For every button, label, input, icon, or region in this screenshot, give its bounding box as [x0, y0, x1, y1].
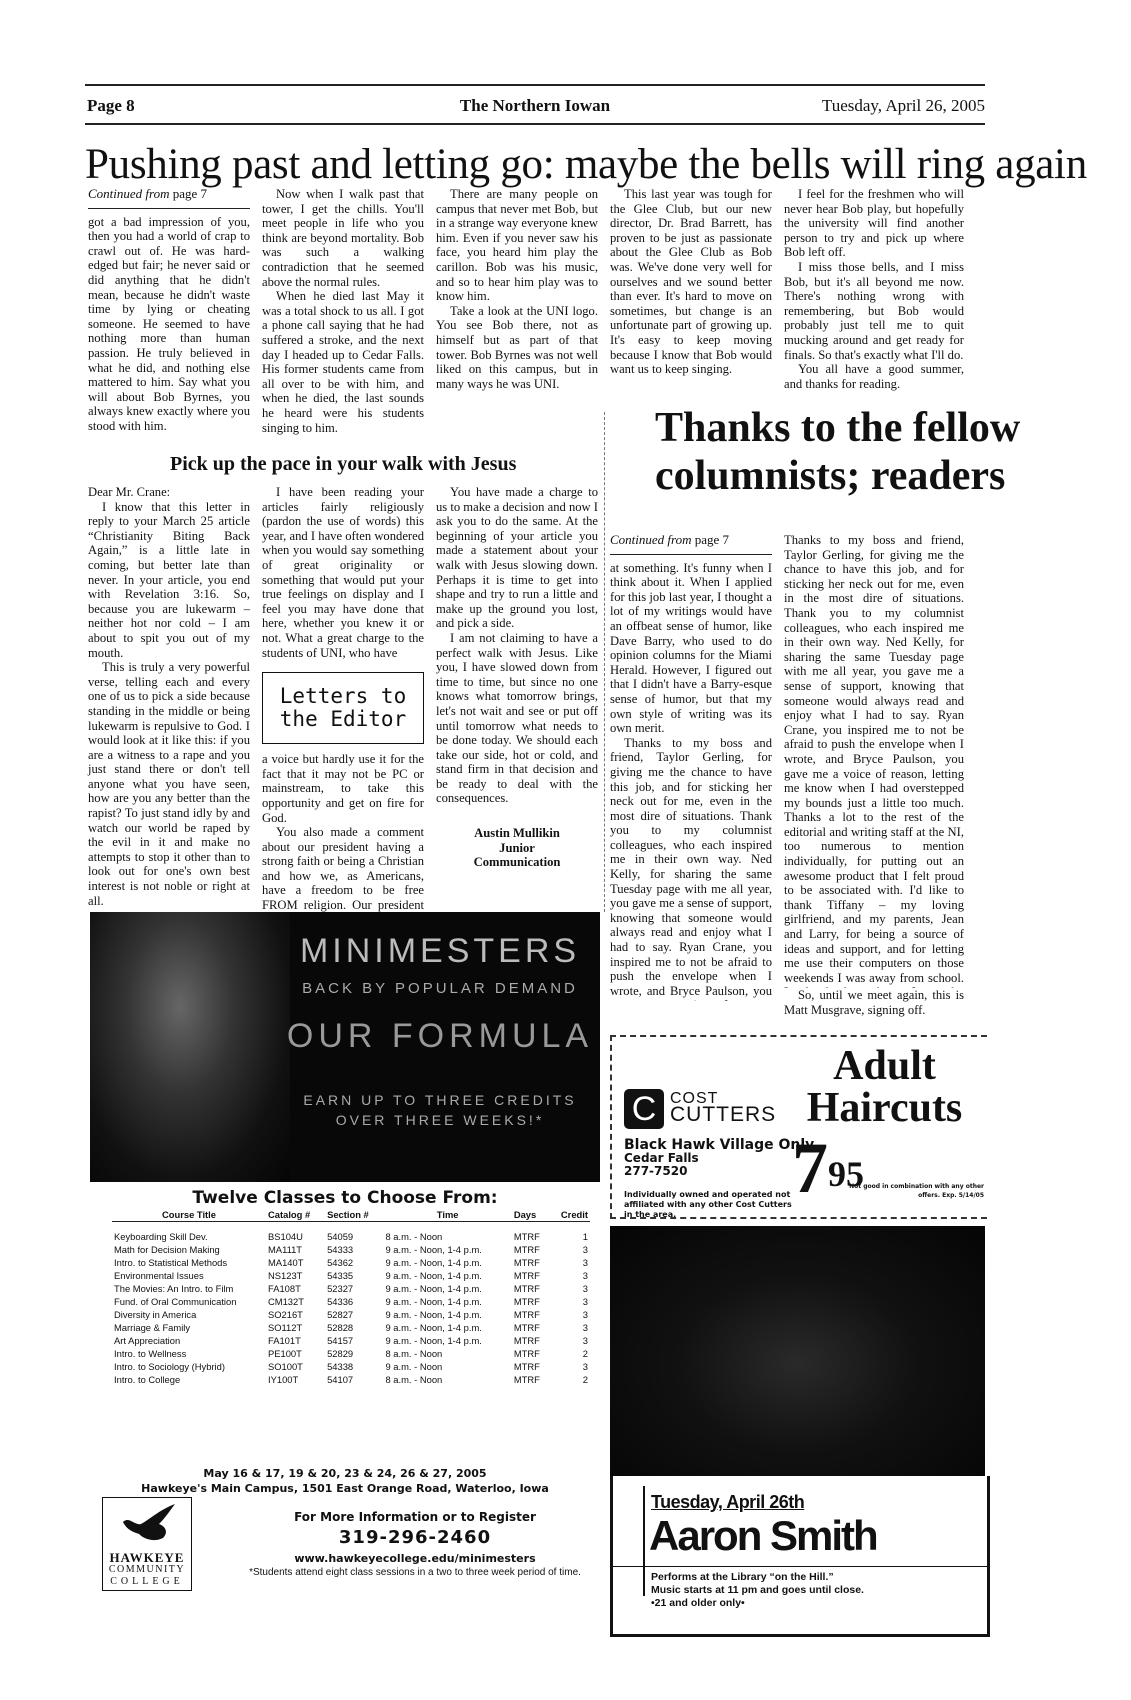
table-cell: MTRF	[512, 1243, 550, 1256]
article2-paragraph: So, until we meet again, this is Matt Mu…	[784, 988, 964, 1017]
table-cell: 2	[550, 1347, 590, 1360]
article2-headline: Thanks to the fellow columnists; readers	[655, 404, 1020, 500]
class-dates-location: May 16 & 17, 19 & 20, 23 & 24, 26 & 27, …	[90, 1466, 600, 1496]
table-cell: FA101T	[266, 1334, 325, 1347]
article1-paragraph: This last year was tough for the Glee Cl…	[610, 187, 772, 377]
letter-paragraph: This is truly a very powerful verse, tel…	[88, 660, 250, 908]
event-photo	[610, 1226, 985, 1476]
table-cell: Intro. to Statistical Methods	[112, 1256, 266, 1269]
table-cell: 8 a.m. - Noon	[383, 1347, 511, 1360]
table-cell: 2	[550, 1373, 590, 1386]
table-cell: MTRF	[512, 1308, 550, 1321]
table-cell: 3	[550, 1256, 590, 1269]
table-row: Fund. of Oral CommunicationCM132T543369 …	[112, 1295, 590, 1308]
table-cell: 52327	[325, 1282, 383, 1295]
table-cell: MTRF	[512, 1269, 550, 1282]
table-cell: 9 a.m. - Noon, 1-4 p.m.	[383, 1295, 511, 1308]
column-divider	[604, 412, 605, 912]
table-cell: MTRF	[512, 1373, 550, 1386]
table-cell: Art Appreciation	[112, 1334, 266, 1347]
table-cell: 8 a.m. - Noon	[383, 1222, 511, 1244]
ad-credits: EARN UP TO THREE CREDITS OVER THREE WEEK…	[285, 1090, 595, 1130]
letters-to-editor-logo: Letters tothe Editor	[262, 672, 424, 744]
table-cell: FA108T	[266, 1282, 325, 1295]
table-cell: 54338	[325, 1360, 383, 1373]
table-cell: MTRF	[512, 1360, 550, 1373]
table-cell: Intro. to College	[112, 1373, 266, 1386]
classes-title: Twelve Classes to Choose From:	[90, 1188, 600, 1208]
table-row: Intro. to Statistical MethodsMA140T54362…	[112, 1256, 590, 1269]
coupon-location: Black Hawk Village Only Cedar Falls 277-…	[624, 1139, 814, 1220]
aaron-smith-event-ad: Tuesday, April 26th Aaron Smith Performs…	[610, 1476, 990, 1637]
letter-signature: Austin Mullikin Junior Communication	[436, 826, 598, 870]
table-cell: 54157	[325, 1334, 383, 1347]
table-cell: MTRF	[512, 1321, 550, 1334]
letter-paragraph: I am not claiming to have a perfect walk…	[436, 631, 598, 806]
letter-headline: Pick up the pace in your walk with Jesus	[170, 453, 516, 476]
article1-paragraph: Now when I walk past that tower, I get t…	[262, 187, 424, 289]
table-cell: PE100T	[266, 1347, 325, 1360]
event-date: Tuesday, April 26th	[651, 1492, 804, 1513]
table-row: Intro. to Sociology (Hybrid)SO100T543389…	[112, 1360, 590, 1373]
article1-paragraph: When he died last May it was a total sho…	[262, 289, 424, 435]
footnote: *Students attend eight class sessions in…	[225, 1567, 605, 1578]
article1-paragraph: There are many people on campus that nev…	[436, 187, 598, 304]
table-cell: Marriage & Family	[112, 1321, 266, 1334]
article1-paragraph: I miss those bells, and I miss Bob, but …	[784, 260, 964, 362]
table-cell: 54107	[325, 1373, 383, 1386]
col-time: Time	[383, 1209, 511, 1222]
table-row: The Movies: An Intro. to FilmFA108T52327…	[112, 1282, 590, 1295]
masthead: Page 8 The Northern Iowan Tuesday, April…	[85, 96, 985, 118]
table-cell: 9 a.m. - Noon, 1-4 p.m.	[383, 1282, 511, 1295]
letter-paragraph: a voice but hardly use it for the fact t…	[262, 752, 424, 825]
table-cell: 3	[550, 1308, 590, 1321]
article1-column-5: I feel for the freshmen who will never h…	[784, 187, 964, 391]
continued-from: Continued from page 7	[88, 187, 250, 209]
article2-column-1: Continued from page 7 at something. It's…	[610, 533, 772, 1001]
coupon-headline: Adult Haircuts	[782, 1045, 987, 1129]
ad-photo	[90, 912, 290, 1182]
table-cell: 54362	[325, 1256, 383, 1269]
performer-name: Aaron Smith	[649, 1512, 877, 1560]
table-cell: 9 a.m. - Noon, 1-4 p.m.	[383, 1243, 511, 1256]
col-days: Days	[512, 1209, 550, 1222]
table-row: Keyboarding Skill Dev.BS104U540598 a.m. …	[112, 1222, 590, 1244]
article2-paragraph: Thanks to my boss and friend, Taylor Ger…	[784, 533, 964, 988]
table-cell: Math for Decision Making	[112, 1243, 266, 1256]
table-cell: 1	[550, 1222, 590, 1244]
table-cell: 54336	[325, 1295, 383, 1308]
table-cell: 3	[550, 1334, 590, 1347]
event-details: Performs at the Library “on the Hill.” M…	[651, 1571, 864, 1610]
table-cell: 9 a.m. - Noon, 1-4 p.m.	[383, 1269, 511, 1282]
article1-column-2: Now when I walk past that tower, I get t…	[262, 187, 424, 435]
table-cell: SO216T	[266, 1308, 325, 1321]
cost-cutters-brand: COST CUTTERS	[670, 1091, 776, 1123]
table-cell: 3	[550, 1282, 590, 1295]
table-cell: CM132T	[266, 1295, 325, 1308]
continued-from: Continued from page 7	[610, 533, 772, 555]
article2-paragraph: at something. It's funny when I think ab…	[610, 561, 772, 736]
decorative-line	[613, 1566, 987, 1567]
article1-paragraph: got a bad impression of you, then you ha…	[88, 215, 250, 434]
classes-table: Course Title Catalog # Section # Time Da…	[112, 1209, 590, 1386]
hawk-icon	[119, 1502, 179, 1546]
table-cell: 54335	[325, 1269, 383, 1282]
cost-cutters-logo-icon: C	[624, 1089, 664, 1129]
cost-cutters-coupon: C COST CUTTERS Adult Haircuts Black Hawk…	[610, 1035, 987, 1219]
letter-column-1: Dear Mr. Crane: I know that this letter …	[88, 485, 250, 908]
table-cell: 3	[550, 1295, 590, 1308]
table-cell: 52828	[325, 1321, 383, 1334]
table-cell: NS123T	[266, 1269, 325, 1282]
hawkeye-college-logo: HAWKEYE COMMUNITY COLLEGE	[102, 1497, 192, 1591]
table-row: Environmental IssuesNS123T543359 a.m. - …	[112, 1269, 590, 1282]
table-cell: MTRF	[512, 1256, 550, 1269]
table-row: Math for Decision MakingMA111T543339 a.m…	[112, 1243, 590, 1256]
letter-paragraph: I know that this letter in reply to your…	[88, 500, 250, 661]
minimesters-ad-banner: MINIMESTERS BACK BY POPULAR DEMAND OUR F…	[90, 912, 600, 1182]
table-cell: 9 a.m. - Noon	[383, 1360, 511, 1373]
article1-paragraph: Take a look at the UNI logo. You see Bob…	[436, 304, 598, 392]
article1-column-4: This last year was tough for the Glee Cl…	[610, 187, 772, 377]
table-cell: Intro. to Wellness	[112, 1347, 266, 1360]
table-cell: MTRF	[512, 1347, 550, 1360]
letter-paragraph: I have been reading your articles fairly…	[262, 485, 424, 660]
article1-paragraph: I feel for the freshmen who will never h…	[784, 187, 964, 260]
article1-paragraph: You all have a good summer, and thanks f…	[784, 362, 964, 391]
table-cell: MTRF	[512, 1295, 550, 1308]
table-row: Intro. to CollegeIY100T541078 a.m. - Noo…	[112, 1373, 590, 1386]
ad-tagline: BACK BY POPULAR DEMAND	[285, 980, 595, 997]
table-cell: 8 a.m. - Noon	[383, 1373, 511, 1386]
table-cell: 54333	[325, 1243, 383, 1256]
table-cell: 3	[550, 1321, 590, 1334]
coupon-fine-print: Not good in combination with any other o…	[844, 1182, 984, 1200]
table-row: Art AppreciationFA101T541579 a.m. - Noon…	[112, 1334, 590, 1347]
table-cell: 9 a.m. - Noon, 1-4 p.m.	[383, 1321, 511, 1334]
table-cell: Keyboarding Skill Dev.	[112, 1222, 266, 1244]
table-cell: SO112T	[266, 1321, 325, 1334]
col-course-title: Course Title	[112, 1209, 266, 1222]
table-cell: 52829	[325, 1347, 383, 1360]
table-cell: SO100T	[266, 1360, 325, 1373]
article1-headline: Pushing past and letting go: maybe the b…	[85, 140, 985, 189]
table-cell: 9 a.m. - Noon, 1-4 p.m.	[383, 1308, 511, 1321]
col-catalog: Catalog #	[266, 1209, 325, 1222]
table-cell: MA111T	[266, 1243, 325, 1256]
table-cell: MA140T	[266, 1256, 325, 1269]
article2-paragraph: Thanks to my boss and friend, Taylor Ger…	[610, 736, 772, 1001]
letter-column-3: You have made a charge to us to make a d…	[436, 485, 598, 870]
table-cell: BS104U	[266, 1222, 325, 1244]
top-rule	[85, 84, 985, 86]
article1-column-1: Continued from page 7 got a bad impressi…	[88, 187, 250, 434]
masthead-rule	[85, 123, 985, 125]
table-cell: Intro. to Sociology (Hybrid)	[112, 1360, 266, 1373]
decorative-line	[643, 1486, 645, 1596]
registration-info: For More Information or to Register 319-…	[225, 1510, 605, 1578]
table-cell: 9 a.m. - Noon, 1-4 p.m.	[383, 1334, 511, 1347]
table-cell: 3	[550, 1269, 590, 1282]
table-cell: Diversity in America	[112, 1308, 266, 1321]
website-link[interactable]: www.hawkeyecollege.edu/minimesters	[225, 1552, 605, 1565]
letter-paragraph: You have made a charge to us to make a d…	[436, 485, 598, 631]
table-cell: MTRF	[512, 1222, 550, 1244]
table-cell: The Movies: An Intro. to Film	[112, 1282, 266, 1295]
table-cell: 54059	[325, 1222, 383, 1244]
article2-column-2: Thanks to my boss and friend, Taylor Ger…	[784, 533, 964, 1017]
table-cell: 9 a.m. - Noon, 1-4 p.m.	[383, 1256, 511, 1269]
table-cell: MTRF	[512, 1334, 550, 1347]
table-cell: 3	[550, 1360, 590, 1373]
table-cell: IY100T	[266, 1373, 325, 1386]
table-cell: 52827	[325, 1308, 383, 1321]
table-cell: 3	[550, 1243, 590, 1256]
table-row: Diversity in AmericaSO216T528279 a.m. - …	[112, 1308, 590, 1321]
table-row: Intro. to WellnessPE100T528298 a.m. - No…	[112, 1347, 590, 1360]
table-cell: Fund. of Oral Communication	[112, 1295, 266, 1308]
phone-number: 319-296-2460	[225, 1527, 605, 1548]
table-row: Marriage & FamilySO112T528289 a.m. - Noo…	[112, 1321, 590, 1334]
ad-formula: OUR FORMULA	[285, 1017, 595, 1056]
ad-title: MINIMESTERS	[285, 932, 595, 971]
letter-salutation: Dear Mr. Crane:	[88, 485, 250, 500]
article1-column-3: There are many people on campus that nev…	[436, 187, 598, 391]
table-cell: Environmental Issues	[112, 1269, 266, 1282]
issue-date: Tuesday, April 26, 2005	[822, 96, 985, 116]
col-section: Section #	[325, 1209, 383, 1222]
table-cell: MTRF	[512, 1282, 550, 1295]
col-credit: Credit	[550, 1209, 590, 1222]
